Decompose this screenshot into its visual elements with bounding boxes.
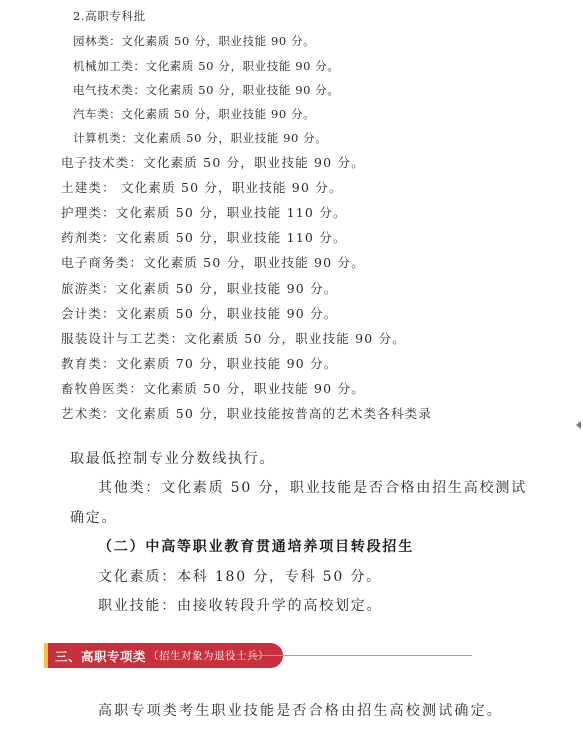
category-line: 电气技术类：文化素质 50 分，职业技能 90 分。 bbox=[73, 82, 340, 98]
category-line: 计算机类：文化素质 50 分，职业技能 90 分。 bbox=[73, 130, 327, 146]
category-line: 电子技术类：文化素质 50 分，职业技能 90 分。 bbox=[61, 153, 365, 171]
category-line: 电子商务类：文化素质 50 分，职业技能 90 分。 bbox=[61, 253, 365, 271]
page-edge-marker-icon bbox=[576, 421, 581, 429]
category-line: 护理类：文化素质 50 分，职业技能 110 分。 bbox=[61, 203, 347, 221]
banner-pill: 三、高职专项类 （招生对象为退役士兵） bbox=[48, 643, 283, 668]
art-category-continuation: 取最低控制专业分数线执行。 bbox=[70, 448, 275, 468]
category-line: 药剂类：文化素质 50 分，职业技能 110 分。 bbox=[61, 228, 347, 246]
category-line: 艺术类：文化素质 50 分，职业技能按普高的艺术类各科类录 bbox=[61, 404, 432, 422]
other-category-line-continued: 确定。 bbox=[70, 507, 117, 527]
section2-skill-score: 职业技能：由接收转段升学的高校划定。 bbox=[98, 595, 382, 615]
category-line: 土建类： 文化素质 50 分，职业技能 90 分。 bbox=[61, 178, 343, 196]
section2-culture-score: 文化素质：本科 180 分，专科 50 分。 bbox=[98, 566, 382, 586]
section3-banner-title: 三、高职专项类 bbox=[55, 647, 146, 665]
category-line: 机械加工类：文化素质 50 分，职业技能 90 分。 bbox=[73, 58, 340, 74]
category-line: 园林类：文化素质 50 分，职业技能 90 分。 bbox=[73, 33, 315, 49]
category-line: 服装设计与工艺类：文化素质 50 分，职业技能 90 分。 bbox=[61, 329, 406, 347]
banner-divider-line bbox=[251, 655, 472, 656]
section3-banner: 三、高职专项类 （招生对象为退役士兵） bbox=[44, 643, 283, 668]
category-line: 教育类：文化素质 70 分，职业技能 90 分。 bbox=[61, 354, 338, 372]
category-line: 畜牧兽医类：文化素质 50 分，职业技能 90 分。 bbox=[61, 379, 365, 397]
category-line: 汽车类：文化素质 50 分，职业技能 90 分。 bbox=[73, 106, 315, 122]
category-line: 旅游类：文化素质 50 分，职业技能 90 分。 bbox=[61, 279, 338, 297]
section3-body: 高职专项类考生职业技能是否合格由招生高校测试确定。 bbox=[98, 700, 503, 720]
subheading-vocational-college-batch: 2.高职专科批 bbox=[73, 8, 146, 24]
section2-heading: （二）中高等职业教育贯通培养项目转段招生 bbox=[98, 536, 414, 556]
other-category-line: 其他类：文化素质 50 分，职业技能是否合格由招生高校测试 bbox=[98, 477, 527, 497]
category-line: 会计类：文化素质 50 分，职业技能 90 分。 bbox=[61, 304, 338, 322]
